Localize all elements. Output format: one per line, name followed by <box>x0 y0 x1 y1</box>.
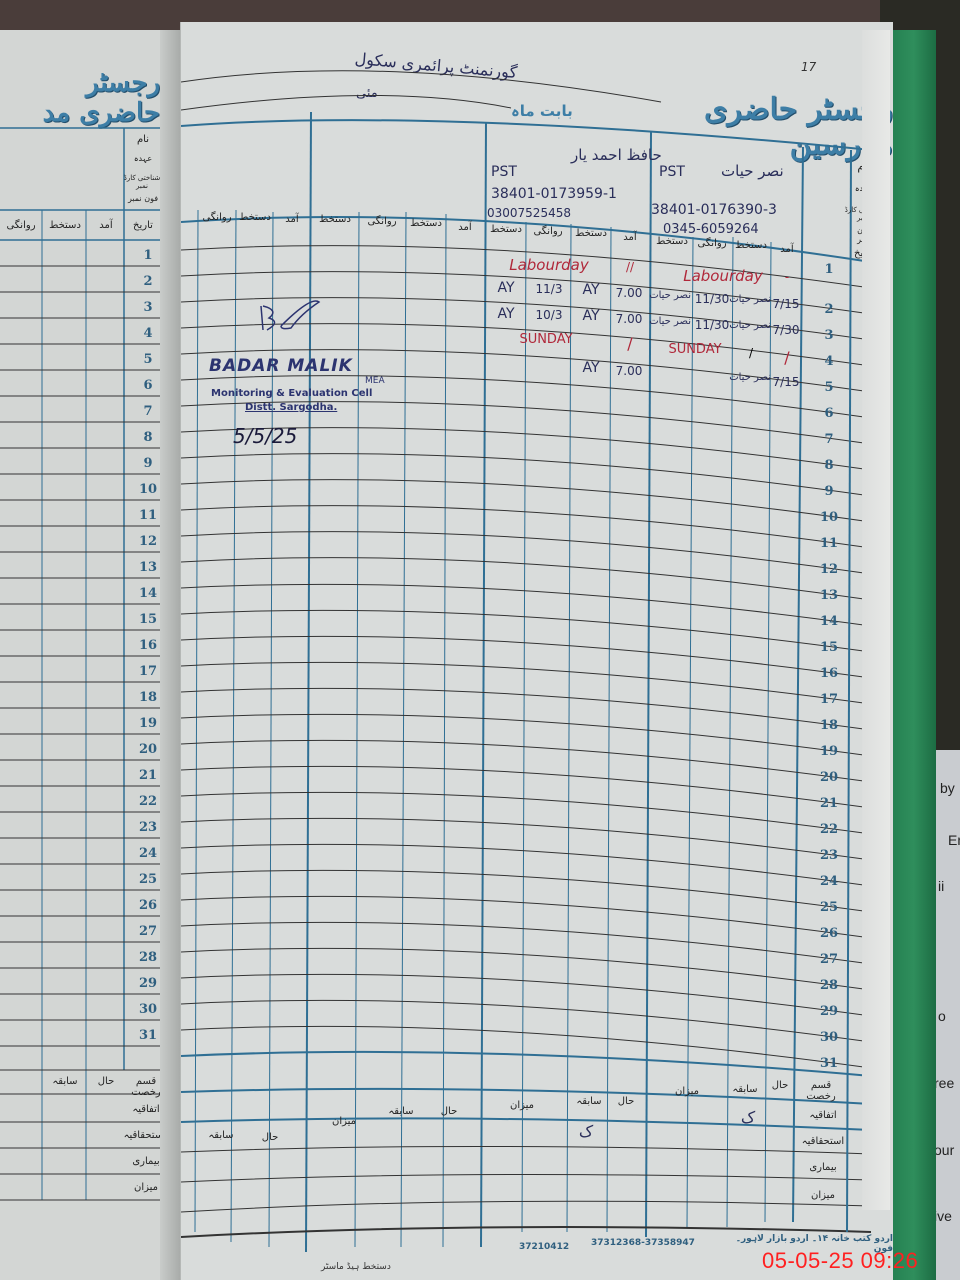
arrival-cell: 7.00 <box>611 364 647 378</box>
day-number: 10 <box>815 510 843 525</box>
signature-out-cell: نصر حیات <box>653 316 691 327</box>
day-number: 24 <box>815 874 843 889</box>
label-phone: فون نمبر <box>126 194 160 203</box>
arrival-cell: 7/30 <box>771 323 801 337</box>
headmaster-signature-label: دستخط ہیڈ ماسٹر <box>321 1262 391 1272</box>
arrival-cell: 7.00 <box>611 312 647 326</box>
leave-previous-header: سابقہ <box>44 1076 86 1087</box>
day-number: 17 <box>134 664 162 679</box>
day-number: 3 <box>134 300 162 315</box>
header-signature: دستخط <box>573 228 609 239</box>
leave-mark: ک <box>733 1108 763 1127</box>
day-number: 21 <box>815 796 843 811</box>
label-cnic: شناختی کارڈ نمبر <box>122 174 162 190</box>
leave-current-header: حال <box>609 1096 643 1107</box>
teacher-cnic: 38401-0176390-3 <box>651 202 777 218</box>
arrival-cell: / <box>773 348 801 367</box>
leave-total-header: میزان <box>657 1086 717 1097</box>
holiday-note: SUNDAY <box>491 332 601 347</box>
label-date: تاریخ <box>126 220 160 231</box>
day-number: 23 <box>815 848 843 863</box>
day-number: 9 <box>134 456 162 471</box>
header-departure: روانگی <box>0 220 42 231</box>
signature-icon <box>251 296 331 336</box>
header-signature: دستخط <box>407 218 445 229</box>
day-number: 16 <box>815 666 843 681</box>
leave-total: میزان <box>799 1190 847 1201</box>
arrival-cell: 7.00 <box>611 286 647 300</box>
day-number: 28 <box>815 978 843 993</box>
signature-cell: / <box>733 346 769 360</box>
teacher-phone: 03007525458 <box>487 206 571 220</box>
stamp-district: Distt. Sargodha. <box>245 402 337 413</box>
label-designation: عہدہ <box>126 154 160 163</box>
header-signature-out: دستخط <box>487 224 525 235</box>
day-number: 17 <box>815 692 843 707</box>
label-name: نام <box>126 134 160 145</box>
leave-current-header: حال <box>88 1076 124 1087</box>
day-number: 2 <box>134 274 162 289</box>
header-signature-out: دستخط <box>653 236 691 247</box>
signature-out-cell: AY <box>487 306 525 322</box>
day-number: 25 <box>134 872 162 887</box>
day-number: 7 <box>134 404 162 419</box>
leave-mark: ک <box>571 1122 601 1141</box>
day-number: 27 <box>134 924 162 939</box>
teacher-name: نصر حیات <box>721 162 784 180</box>
header-signature-out: دستخط <box>313 214 357 225</box>
day-number: 1 <box>815 262 843 277</box>
teacher-designation: PST <box>491 164 517 180</box>
day-number: 18 <box>134 690 162 705</box>
leave-current-header: حال <box>765 1080 795 1091</box>
signature-out-cell: نصر حیات <box>653 290 691 301</box>
day-number: 26 <box>815 926 843 941</box>
day-number: 11 <box>134 508 162 523</box>
leave-casual: اتفاقیہ <box>799 1110 847 1121</box>
attendance-page: 17 رجسٹر حاضری مدرسین گورنمنٹ پرائمری سک… <box>180 22 893 1280</box>
leave-total-header: میزان <box>309 1116 379 1127</box>
day-number: 8 <box>134 430 162 445</box>
day-number: 14 <box>815 614 843 629</box>
day-number: 8 <box>815 458 843 473</box>
signature-cell: AY <box>573 360 609 376</box>
signature-cell: AY <box>573 308 609 324</box>
day-number: 15 <box>134 612 162 627</box>
day-number: 24 <box>134 846 162 861</box>
day-number: 12 <box>134 534 162 549</box>
header-arrival: آمد <box>275 214 309 225</box>
day-number: 1 <box>134 248 162 263</box>
day-number: 19 <box>815 744 843 759</box>
bg-text: ive <box>934 1208 952 1224</box>
page-edges <box>862 30 890 1210</box>
leave-previous-header: سابقہ <box>727 1084 763 1095</box>
day-number: 18 <box>815 718 843 733</box>
day-number: 25 <box>815 900 843 915</box>
departure-cell: 11/30 <box>693 292 731 306</box>
leave-type-header: قسم رخصت <box>797 1080 845 1102</box>
day-number: 11 <box>815 536 843 551</box>
holiday-note: Labourday <box>489 256 609 274</box>
day-number: 30 <box>134 1002 162 1017</box>
teacher-name: حافظ احمد یار <box>571 146 662 164</box>
leave-earned: استحقاقیہ <box>799 1136 847 1147</box>
signature-out-cell: AY <box>487 280 525 296</box>
day-number: 15 <box>815 640 843 655</box>
day-number: 2 <box>815 302 843 317</box>
holiday-note: SUNDAY <box>655 342 735 357</box>
stamp-name: BADAR MALIK <box>209 356 353 376</box>
arrival-cell: 7/15 <box>771 375 801 389</box>
header-arrival: آمد <box>613 232 647 243</box>
day-number: 29 <box>815 1004 843 1019</box>
departure-cell: 11/30 <box>693 318 731 332</box>
day-number: 13 <box>134 560 162 575</box>
leave-sick: بیماری <box>799 1162 847 1173</box>
day-number: 4 <box>815 354 843 369</box>
day-number: 4 <box>134 326 162 341</box>
bg-text: ree <box>934 1075 954 1091</box>
stamp-date: 5/5/25 <box>233 424 297 448</box>
day-number: 30 <box>815 1030 843 1045</box>
leave-current-header: حال <box>429 1106 469 1117</box>
leave-current-header: حال <box>253 1132 287 1143</box>
day-number: 28 <box>134 950 162 965</box>
bg-text: ii <box>938 878 944 894</box>
day-number: 7 <box>815 432 843 447</box>
arrival-cell: 7/15 <box>771 297 801 311</box>
teacher-designation: PST <box>659 164 685 180</box>
day-number: 31 <box>815 1056 843 1071</box>
day-number: 5 <box>134 352 162 367</box>
day-number: 14 <box>134 586 162 601</box>
day-number: 26 <box>134 898 162 913</box>
stamp-title: MEA <box>365 376 385 386</box>
day-number: 19 <box>134 716 162 731</box>
day-number: 13 <box>815 588 843 603</box>
arrival-cell: // <box>613 260 647 274</box>
departure-cell: 10/3 <box>529 308 569 322</box>
leave-previous-header: سابقہ <box>201 1130 241 1141</box>
day-number: 22 <box>134 794 162 809</box>
day-number: 3 <box>815 328 843 343</box>
publisher-fax: 37210412 <box>519 1242 569 1252</box>
day-number: 20 <box>815 770 843 785</box>
signature-cell: AY <box>573 282 609 298</box>
header-departure: روانگی <box>527 226 569 237</box>
stamp-dept: Monitoring & Evaluation Cell <box>211 388 372 399</box>
header-arrival: آمد <box>448 222 482 233</box>
leave-total-header: میزان <box>487 1100 557 1111</box>
teacher-cnic: 38401-0173959-1 <box>491 186 617 202</box>
header-signature: دستخط <box>733 240 769 251</box>
bg-text: En <box>948 832 960 848</box>
bg-text: by <box>940 780 955 796</box>
header-departure: روانگی <box>693 238 731 249</box>
departure-cell: 11/3 <box>529 282 569 296</box>
header-arrival: آمد <box>88 220 124 231</box>
day-number: 12 <box>815 562 843 577</box>
header-departure: روانگی <box>199 212 235 223</box>
day-number: 16 <box>134 638 162 653</box>
header-arrival: آمد <box>773 244 801 255</box>
day-number: 9 <box>815 484 843 499</box>
day-number: 21 <box>134 768 162 783</box>
day-number: 6 <box>815 406 843 421</box>
day-number: 6 <box>134 378 162 393</box>
day-number: 20 <box>134 742 162 757</box>
left-page: رجسٹر حاضری مد نام <box>0 30 178 1280</box>
day-number: 29 <box>134 976 162 991</box>
camera-timestamp: 05-05-25 09:26 <box>762 1248 918 1274</box>
bg-text: o <box>938 1008 946 1024</box>
header-departure: روانگی <box>361 216 403 227</box>
signature-cell: نصر حیات <box>731 372 771 383</box>
day-number: 10 <box>134 482 162 497</box>
day-number: 23 <box>134 820 162 835</box>
header-signature: دستخط <box>44 220 86 231</box>
day-number: 22 <box>815 822 843 837</box>
day-number: 5 <box>815 380 843 395</box>
publisher-phones: 37312368-37358947 <box>591 1238 695 1248</box>
signature-cell: نصر حیات <box>731 320 771 331</box>
teacher-phone: 0345-6059264 <box>663 222 759 237</box>
signature-cell: نصر حیات <box>731 294 771 305</box>
day-number: 31 <box>134 1028 162 1043</box>
leave-previous-header: سابقہ <box>381 1106 421 1117</box>
leave-previous-header: سابقہ <box>571 1096 607 1107</box>
header-signature: دستخط <box>237 212 273 223</box>
bg-text: our <box>934 1142 954 1158</box>
holiday-note: Labourday <box>663 267 783 285</box>
day-number: 27 <box>815 952 843 967</box>
arrival-cell: / <box>613 334 647 353</box>
